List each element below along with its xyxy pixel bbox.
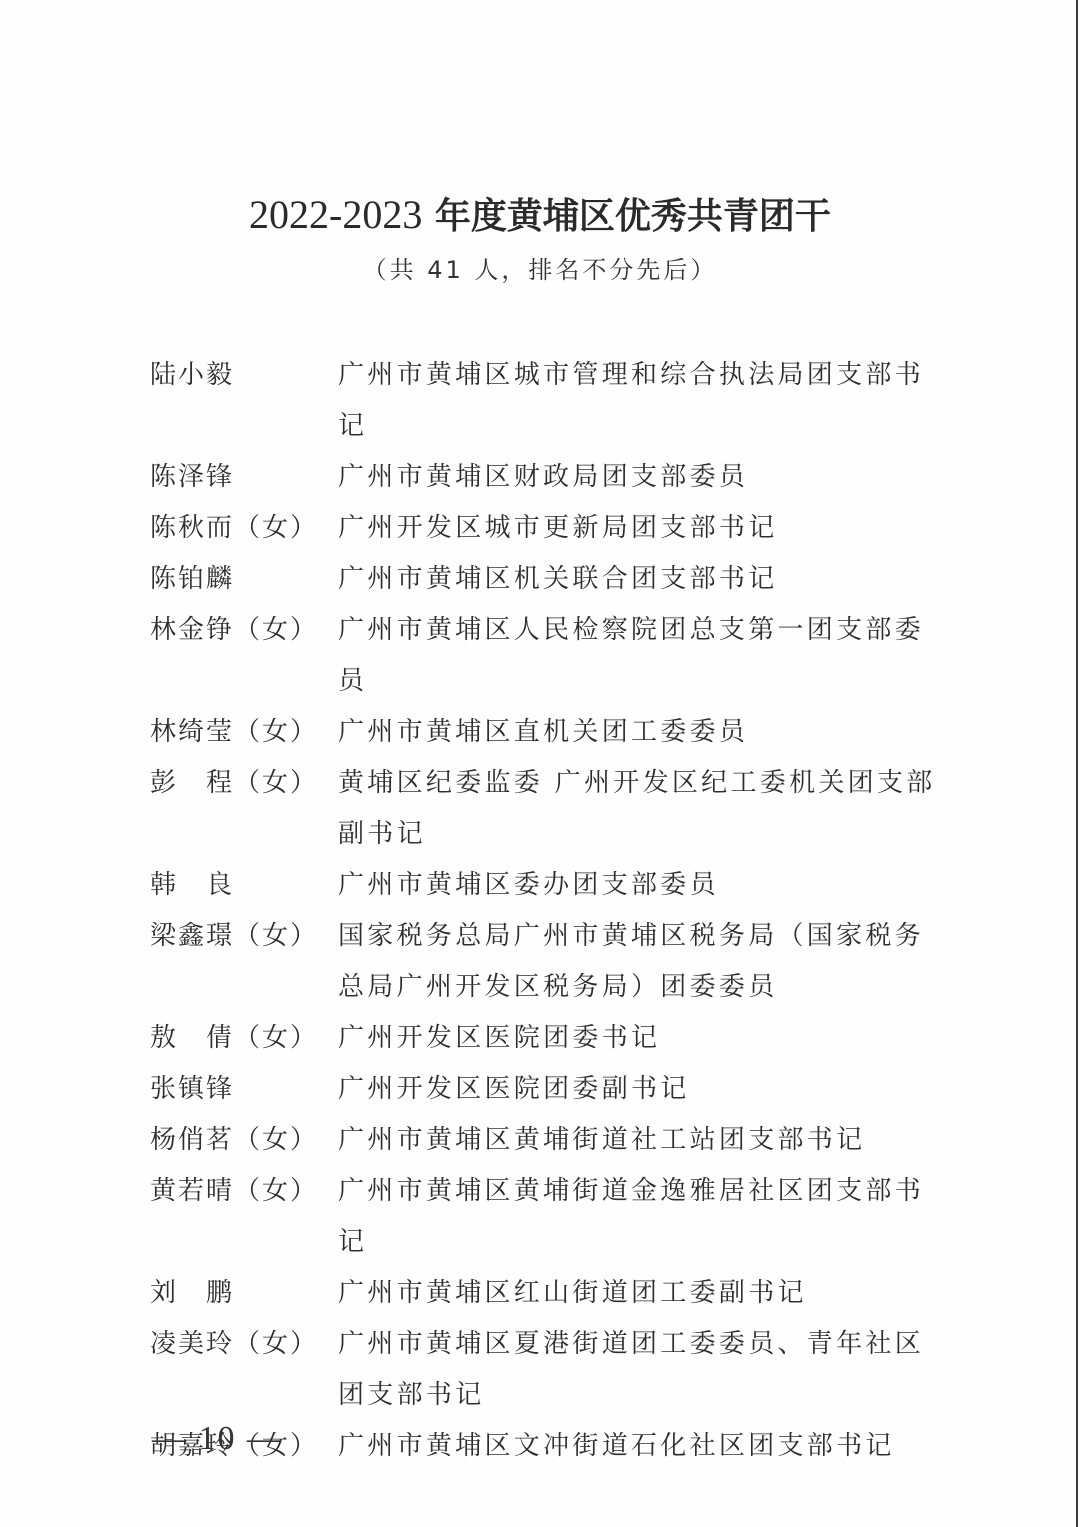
honoree-position: 广州市黄埔区夏港街道团工委委员、青年社区团支部书记 bbox=[338, 1319, 953, 1421]
list-item: 刘 鹏 广州市黄埔区红山街道团工委副书记 bbox=[150, 1268, 970, 1319]
list-item: 杨俏茗（女） 广州市黄埔区黄埔街道社工站团支部书记 bbox=[150, 1115, 970, 1166]
document-page: 2022-2023 年度黄埔区优秀共青团干 （共 41 人，排名不分先后） 陆小… bbox=[0, 0, 1080, 1527]
honoree-position: 广州市黄埔区城市管理和综合执法局团支部书记 bbox=[338, 350, 953, 452]
honoree-position: 广州市黄埔区直机关团工委委员 bbox=[338, 707, 953, 758]
honoree-position: 广州开发区医院团委副书记 bbox=[338, 1064, 953, 1115]
page-title: 2022-2023 年度黄埔区优秀共青团干 bbox=[0, 188, 1080, 239]
title-text: 年度黄埔区优秀共青团干 bbox=[435, 195, 831, 237]
honoree-position: 广州市黄埔区黄埔街道金逸雅居社区团支部书记 bbox=[338, 1166, 953, 1268]
page-number: — 10 — bbox=[152, 1420, 283, 1458]
title-year: 2022-2023 bbox=[249, 192, 422, 237]
honoree-position: 广州开发区城市更新局团支部书记 bbox=[338, 503, 953, 554]
list-item: 张镇锋 广州开发区医院团委副书记 bbox=[150, 1064, 970, 1115]
honoree-position: 广州市黄埔区机关联合团支部书记 bbox=[338, 554, 953, 605]
page-subtitle: （共 41 人，排名不分先后） bbox=[0, 250, 1080, 285]
honoree-name: 韩 良 bbox=[150, 860, 338, 911]
honoree-name: 杨俏茗（女） bbox=[150, 1115, 338, 1166]
honoree-name: 张镇锋 bbox=[150, 1064, 338, 1115]
honoree-name: 彭 程（女） bbox=[150, 758, 338, 809]
list-item: 陆小毅 广州市黄埔区城市管理和综合执法局团支部书记 bbox=[150, 350, 970, 452]
honoree-name: 陆小毅 bbox=[150, 350, 338, 401]
honoree-name: 梁鑫璟（女） bbox=[150, 911, 338, 962]
list-item: 陈铂麟 广州市黄埔区机关联合团支部书记 bbox=[150, 554, 970, 605]
honoree-position: 国家税务总局广州市黄埔区税务局（国家税务总局广州开发区税务局）团委委员 bbox=[338, 911, 953, 1013]
honoree-position: 广州市黄埔区人民检察院团总支第一团支部委员 bbox=[338, 605, 953, 707]
honoree-name: 林金铮（女） bbox=[150, 605, 338, 656]
list-item: 敖 倩（女） 广州开发区医院团委书记 bbox=[150, 1013, 970, 1064]
honoree-list: 陆小毅 广州市黄埔区城市管理和综合执法局团支部书记 陈泽锋 广州市黄埔区财政局团… bbox=[150, 350, 970, 1472]
list-item: 陈秋而（女） 广州开发区城市更新局团支部书记 bbox=[150, 503, 970, 554]
honoree-position: 广州市黄埔区红山街道团工委副书记 bbox=[338, 1268, 953, 1319]
list-item: 凌美玲（女） 广州市黄埔区夏港街道团工委委员、青年社区团支部书记 bbox=[150, 1319, 970, 1421]
honoree-name: 陈泽锋 bbox=[150, 452, 338, 503]
list-item: 黄若晴（女） 广州市黄埔区黄埔街道金逸雅居社区团支部书记 bbox=[150, 1166, 970, 1268]
honoree-name: 敖 倩（女） bbox=[150, 1013, 338, 1064]
list-item: 林金铮（女） 广州市黄埔区人民检察院团总支第一团支部委员 bbox=[150, 605, 970, 707]
honoree-position: 广州市黄埔区财政局团支部委员 bbox=[338, 452, 953, 503]
list-item: 陈泽锋 广州市黄埔区财政局团支部委员 bbox=[150, 452, 970, 503]
list-item: 梁鑫璟（女） 国家税务总局广州市黄埔区税务局（国家税务总局广州开发区税务局）团委… bbox=[150, 911, 970, 1013]
honoree-position: 广州市黄埔区黄埔街道社工站团支部书记 bbox=[338, 1115, 953, 1166]
honoree-name: 陈铂麟 bbox=[150, 554, 338, 605]
honoree-name: 刘 鹏 bbox=[150, 1268, 338, 1319]
honoree-name: 陈秋而（女） bbox=[150, 503, 338, 554]
honoree-name: 林绮莹（女） bbox=[150, 707, 338, 758]
list-item: 林绮莹（女） 广州市黄埔区直机关团工委委员 bbox=[150, 707, 970, 758]
honoree-position: 广州开发区医院团委书记 bbox=[338, 1013, 953, 1064]
honoree-position: 黄埔区纪委监委 广州开发区纪工委机关团支部副书记 bbox=[338, 758, 953, 860]
list-item: 彭 程（女） 黄埔区纪委监委 广州开发区纪工委机关团支部副书记 bbox=[150, 758, 970, 860]
honoree-position: 广州市黄埔区委办团支部委员 bbox=[338, 860, 953, 911]
honoree-position: 广州市黄埔区文冲街道石化社区团支部书记 bbox=[338, 1421, 953, 1472]
list-item: 韩 良 广州市黄埔区委办团支部委员 bbox=[150, 860, 970, 911]
honoree-name: 黄若晴（女） bbox=[150, 1166, 338, 1217]
honoree-name: 凌美玲（女） bbox=[150, 1319, 338, 1370]
